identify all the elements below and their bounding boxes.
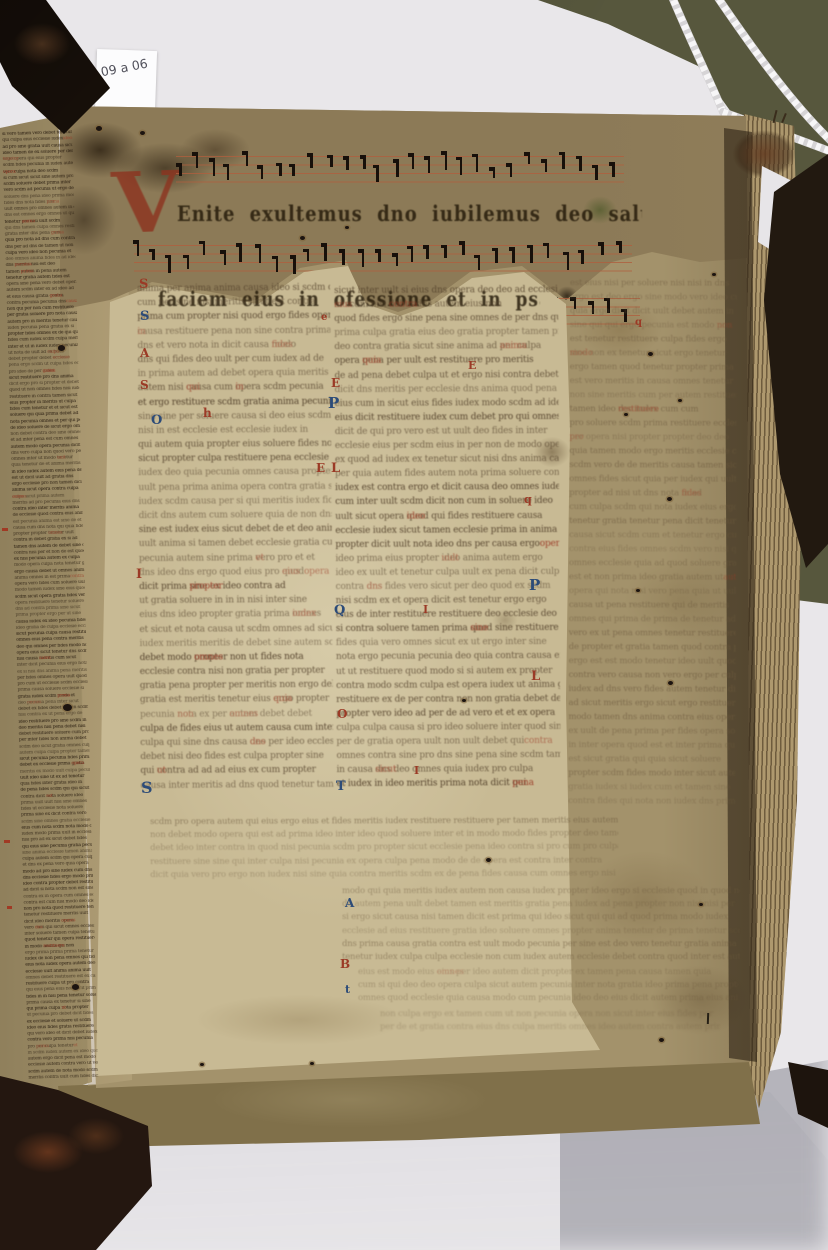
photo-of-manuscript: 09 a 06 V Enite exultemus dno iubilemus … — [0, 0, 828, 1250]
photo-vignette — [0, 0, 828, 1250]
